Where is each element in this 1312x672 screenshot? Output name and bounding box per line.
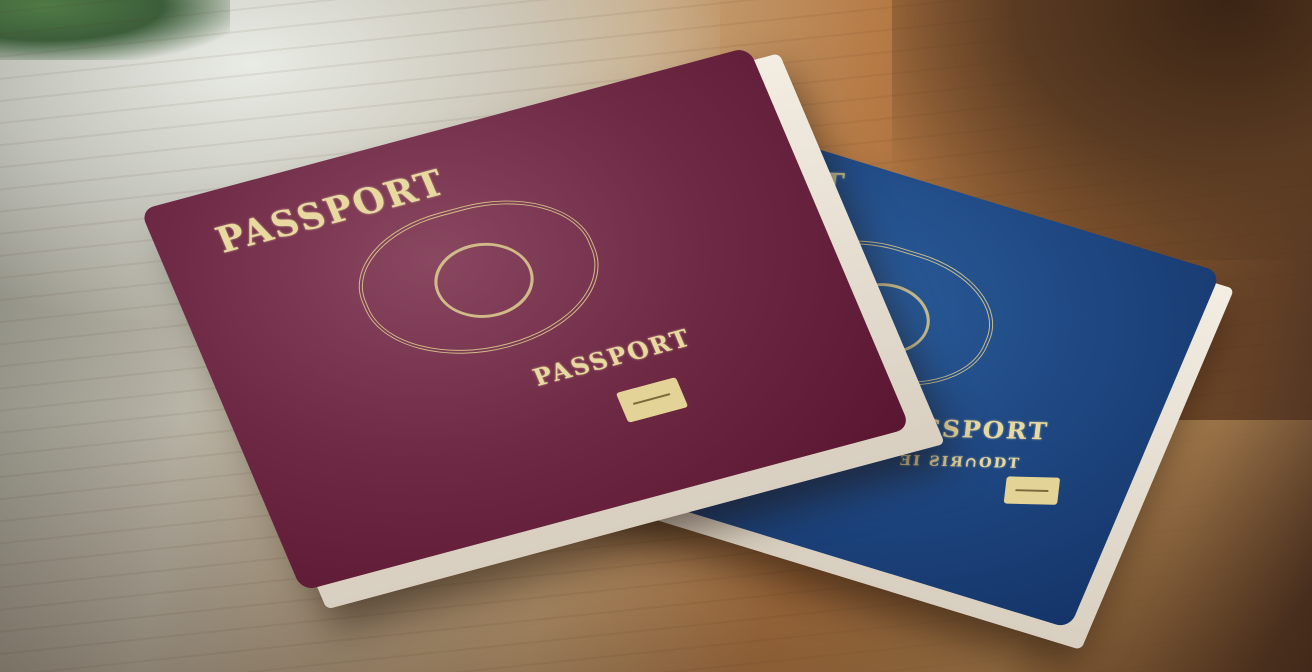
biometric-chip-icon: [1004, 476, 1061, 505]
passport-subtitle: ƎI ƧIЯ∩ODT: [899, 453, 1022, 472]
photo-scene: PASSPORT PASSPORT ƎI ƧIЯ∩ODT PASSPORT PA…: [0, 0, 1312, 672]
biometric-chip-icon: [616, 377, 689, 423]
